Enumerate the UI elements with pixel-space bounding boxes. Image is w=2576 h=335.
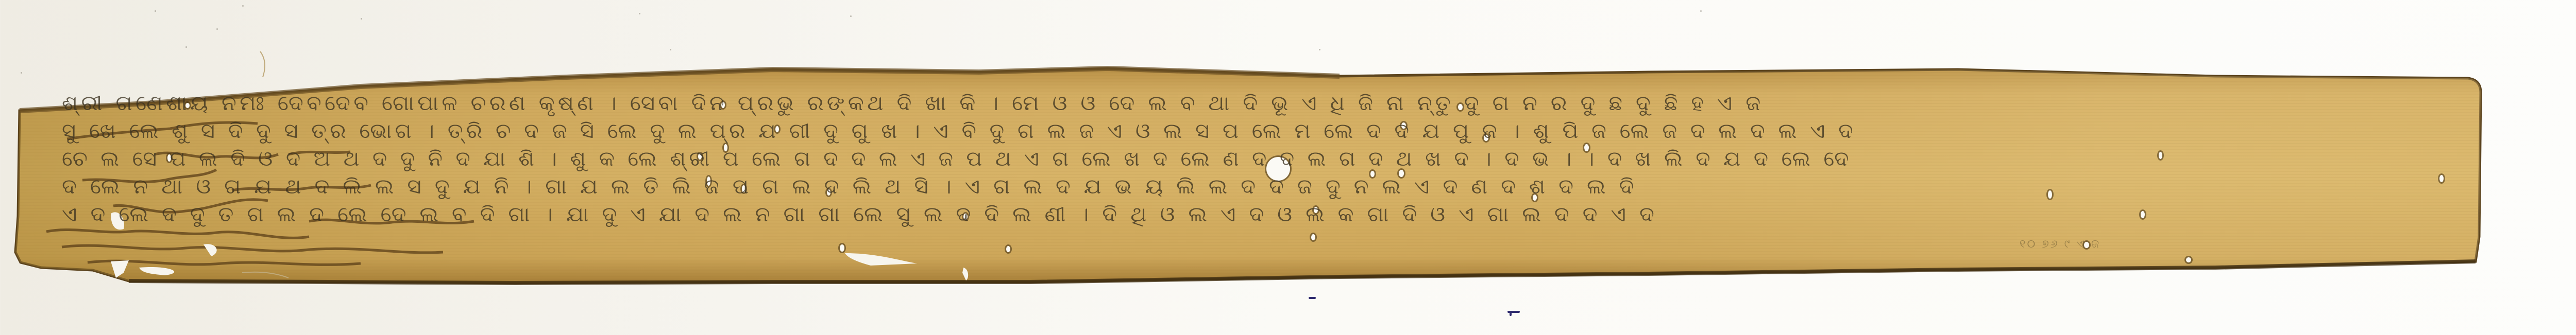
manuscript-photo: ଶ୍ରୀ ଗଣେଶାୟ ନମଃ ଦେବଦେବ ଗୋପାଳ ଚରଣ କୃଷ୍ଣ ।…	[0, 0, 2576, 335]
blue-ink-mark-1	[1309, 297, 1316, 299]
wormhole	[1006, 246, 1010, 252]
wormhole	[2141, 211, 2145, 218]
margin-note: ୧୦ ୭୬ ୯ ଏ ଜ	[2020, 238, 2100, 251]
wormhole	[2159, 152, 2162, 159]
loose-fiber	[260, 51, 265, 77]
wormhole	[2186, 257, 2191, 262]
wormhole	[840, 244, 844, 252]
text-line-1: ଶ୍ରୀ ଗଣେଶାୟ ନମଃ ଦେବଦେବ ଗୋପାଳ ଚରଣ କୃଷ୍ଣ ।…	[62, 92, 1764, 115]
wormhole	[2048, 190, 2052, 199]
text-line-2: ସୁ ଖେ ଲେ ଶୁ ସ ଦି ଦୁ ସ ତ୍ର ଭୋଗ । ତ୍ରି ଚ ଦ…	[62, 119, 1856, 143]
wormhole	[2439, 175, 2444, 182]
text-line-5: ଏ ଦ ଲେ ଦ ଦୁ ତ ଗ ଲ ଦ ଲେ ଦେ ଲ ବ ଦି ଗା । ଯା…	[62, 203, 1657, 226]
text-line-3: ଚେ ଲ ସେ ପ ଲ ଦି ଓ ଦ ଅ ଥ ଦ ଦୁ ନି ଦ ଯା ଶି ।…	[62, 147, 1852, 171]
blue-ink-mark-2-stem	[1510, 312, 1512, 316]
text-line-4: ଦ ଲେ ନ ଥା ଓ ଗ ଯ ଥ ଦ ଲି ଲ ସ ଦୁ ଯ ନି । ଗା …	[62, 175, 1637, 199]
wormhole	[1311, 234, 1315, 240]
